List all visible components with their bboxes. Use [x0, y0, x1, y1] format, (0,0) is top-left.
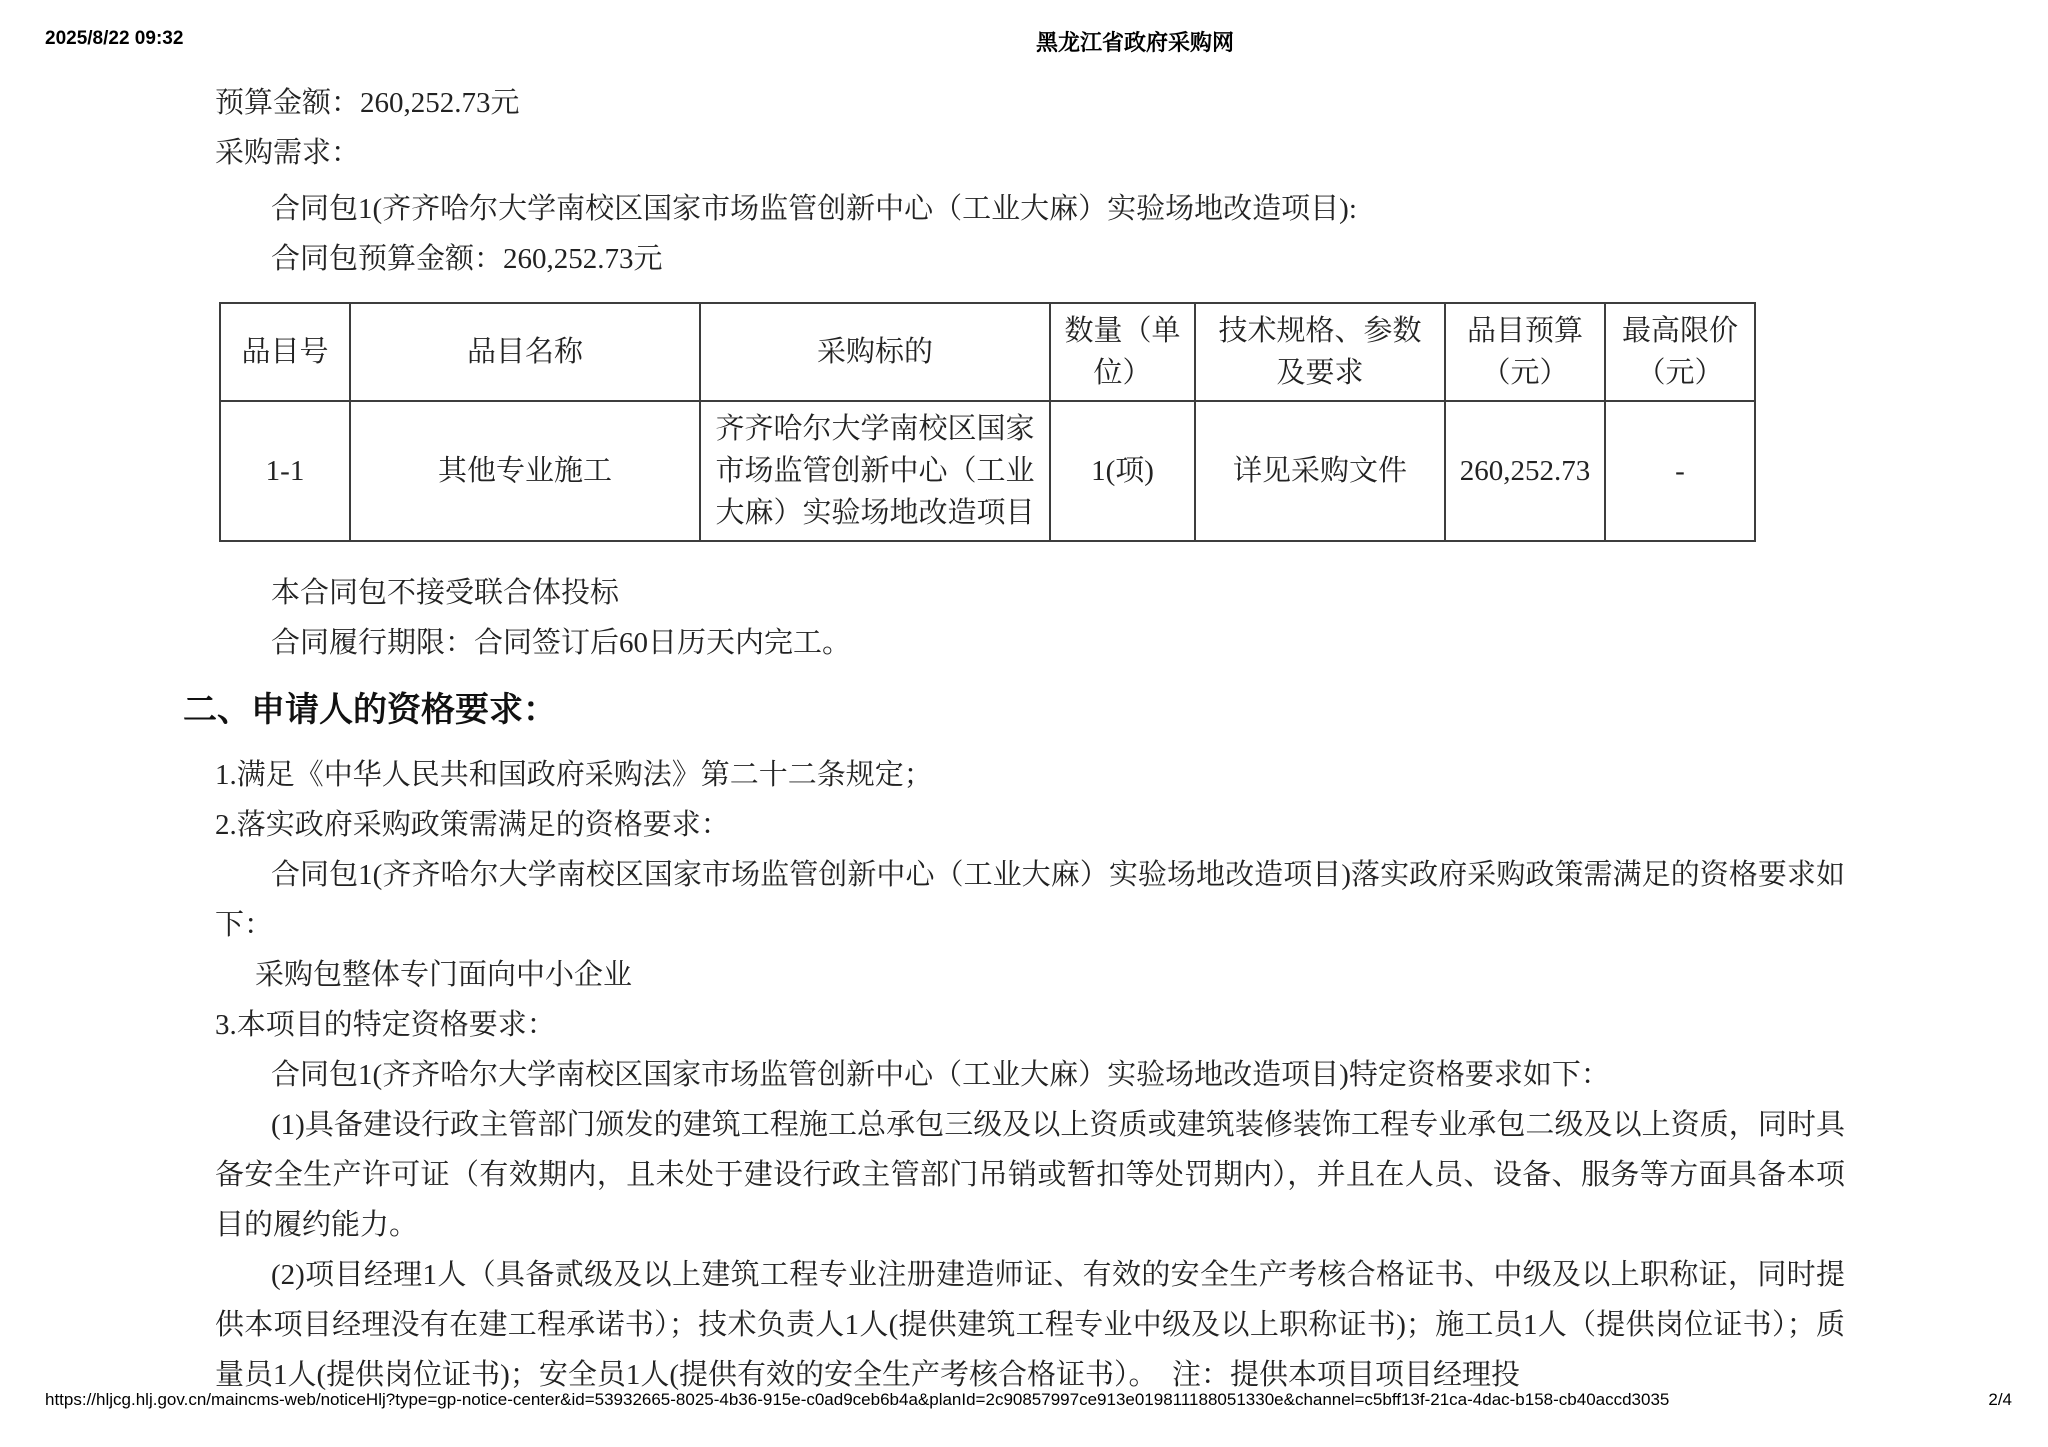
section-heading-applicant-qualifications: 二、申请人的资格要求：	[183, 680, 1845, 742]
cell-procurement-subject: 齐齐哈尔大学南校区国家市场监管创新中心（工业大麻）实验场地改造项目	[700, 401, 1050, 541]
cell-item-budget: 260,252.73	[1445, 401, 1605, 541]
contract-package-title: 合同包1(齐齐哈尔大学南校区国家市场监管创新中心（工业大麻）实验场地改造项目):	[215, 184, 1845, 234]
procurement-demand-label: 采购需求：	[215, 128, 1845, 178]
column-header-quantity-unit: 数量（单位）	[1050, 303, 1195, 401]
column-header-max-price: 最高限价（元）	[1605, 303, 1755, 401]
contract-performance-period: 合同履行期限：合同签订后60日历天内完工。	[215, 618, 1845, 668]
qualification-item-3-detail: 合同包1(齐齐哈尔大学南校区国家市场监管创新中心（工业大麻）实验场地改造项目)特…	[215, 1050, 1845, 1100]
cell-max-price: -	[1605, 401, 1755, 541]
column-header-item-budget: 品目预算（元）	[1445, 303, 1605, 401]
site-title: 黑龙江省政府采购网	[1036, 26, 1234, 57]
specific-requirement-2: (2)项目经理1人（具备贰级及以上建筑工程专业注册建造师证、有效的安全生产考核合…	[215, 1250, 1845, 1400]
no-consortium-note: 本合同包不接受联合体投标	[215, 568, 1845, 618]
source-url: https://hljcg.hlj.gov.cn/maincms-web/not…	[45, 1390, 1669, 1410]
procurement-items-table: 品目号 品目名称 采购标的 数量（单位） 技术规格、参数及要求 品目预算（元） …	[219, 302, 1756, 542]
cell-quantity-unit: 1(项)	[1050, 401, 1195, 541]
qualification-item-2: 2.落实政府采购政策需满足的资格要求：	[215, 800, 1845, 850]
page-indicator: 2/4	[1988, 1390, 2012, 1410]
column-header-item-name: 品目名称	[350, 303, 700, 401]
cell-tech-spec: 详见采购文件	[1195, 401, 1445, 541]
notice-document: 预算金额：260,252.73元 采购需求： 合同包1(齐齐哈尔大学南校区国家市…	[215, 78, 1845, 1400]
cell-item-no: 1-1	[220, 401, 350, 541]
package-budget-line: 合同包预算金额：260,252.73元	[215, 234, 1845, 284]
budget-amount-line: 预算金额：260,252.73元	[215, 78, 1845, 128]
print-header: 2025/8/22 09:32 黑龙江省政府采购网	[0, 26, 2048, 56]
qualification-item-3: 3.本项目的特定资格要求：	[215, 1000, 1845, 1050]
column-header-procurement-subject: 采购标的	[700, 303, 1050, 401]
column-header-tech-spec: 技术规格、参数及要求	[1195, 303, 1445, 401]
sme-policy-line: 采购包整体专门面向中小企业	[215, 950, 1845, 1000]
table-header-row: 品目号 品目名称 采购标的 数量（单位） 技术规格、参数及要求 品目预算（元） …	[220, 303, 1755, 401]
print-datetime: 2025/8/22 09:32	[45, 28, 183, 50]
qualification-item-2-detail: 合同包1(齐齐哈尔大学南校区国家市场监管创新中心（工业大麻）实验场地改造项目)落…	[215, 850, 1845, 950]
specific-requirement-1: (1)具备建设行政主管部门颁发的建筑工程施工总承包三级及以上资质或建筑装修装饰工…	[215, 1100, 1845, 1250]
cell-item-name: 其他专业施工	[350, 401, 700, 541]
print-footer: https://hljcg.hlj.gov.cn/maincms-web/not…	[45, 1390, 2012, 1416]
table-row: 1-1 其他专业施工 齐齐哈尔大学南校区国家市场监管创新中心（工业大麻）实验场地…	[220, 401, 1755, 541]
column-header-item-no: 品目号	[220, 303, 350, 401]
qualification-item-1: 1.满足《中华人民共和国政府采购法》第二十二条规定；	[215, 750, 1845, 800]
